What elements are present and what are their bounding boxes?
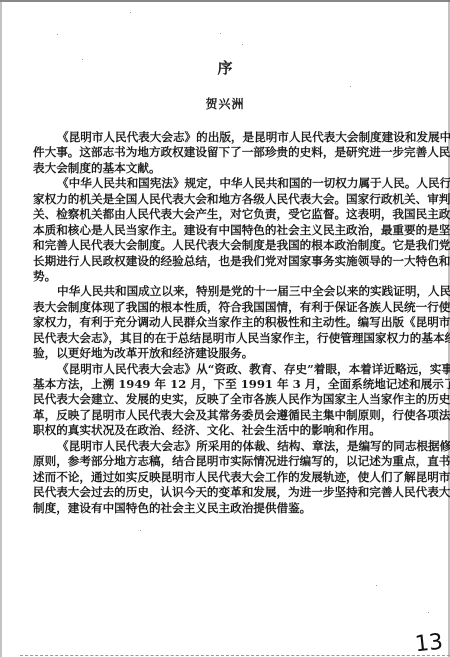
text-line: 家权力的机关是全国人民代表大会和地方各级人民代表大会。国家行政机关、审判机 xyxy=(33,192,416,207)
scan-edge-bottom xyxy=(20,655,450,656)
text-line: 长期进行人民政权建设的经验总结，也是我们党对国家事务实施领导的一大特色和优 xyxy=(33,254,416,269)
scan-speck xyxy=(428,612,429,613)
handwritten-page-number: 13 xyxy=(414,630,444,657)
text-line: 《昆明市人民代表大会志》从“资政、教育、存史”着眼，本着详近略远，实事求是的 xyxy=(33,362,416,377)
scan-speck xyxy=(376,585,377,586)
scan-speck xyxy=(130,12,131,13)
text-line: 民代表大会过去的历史，认识今天的变革和发展，为进一步坚持和完善人民代表大会 xyxy=(33,485,416,500)
text-line: 势。 xyxy=(33,269,416,284)
paragraph: 《昆明市人民代表大会志》从“资政、教育、存史”着眼，本着详近略远，实事求是的 基… xyxy=(33,362,416,439)
text-line: 原则，参考部分地方志稿，结合昆明市实际情况进行编写的，以记述为重点，直书其事， xyxy=(33,454,416,469)
text-line: 件大事。这部志书为地方政权建设留下了一部珍贵的史料，是研究进一步完善人民代 xyxy=(33,145,416,160)
text-line: 家权力，有利于充分调动人民群众当家作主的积极性和主动性。编写出版《昆明市人 xyxy=(33,315,416,330)
page-title: 序 xyxy=(0,57,450,78)
text-line: 表大会制度体现了我国的根本性质，符合我国国情，有利于保证各族人民统一行使国 xyxy=(33,300,416,315)
scan-speck xyxy=(220,33,221,34)
paragraph: 中华人民共和国成立以来，特别是党的十一届三中全会以来的实践证明，人民代 表大会制… xyxy=(33,284,416,361)
text-line: 《昆明市人民代表大会志》的出版，是昆明市人民代表大会制度建设和发展中的一 xyxy=(33,130,416,145)
document-body: 《昆明市人民代表大会志》的出版，是昆明市人民代表大会制度建设和发展中的一 件大事… xyxy=(33,130,416,516)
text-line: 本质和核心是人民当家作主。建设有中国特色的社会主义民主政治，最重要的是坚持 xyxy=(33,223,416,238)
scan-edge-top xyxy=(0,0,450,2)
text-line: 制度，建设有中国特色的社会主义民主政治提供借鉴。 xyxy=(33,501,416,516)
text-line: 关、检察机关都由人民代表大会产生，对它负责，受它监督。这表明，我国民主政治的 xyxy=(33,207,416,222)
text-line: 验，以更好地为改革开放和经济建设服务。 xyxy=(33,346,416,361)
paragraph: 《中华人民共和国宪法》规定，中华人民共和国的一切权力属于人民。人民行使国 家权力… xyxy=(33,176,416,284)
text-line: 述而不论，通过如实反映昆明市人民代表大会工作的发展轨迹，使人们了解昆明市人 xyxy=(33,470,416,485)
scan-speck xyxy=(140,530,141,531)
author-name: 贺兴洲 xyxy=(0,95,450,112)
text-line: 民代表大会建立、发展的史实，反映了全市各族人民作为国家主人当家作主的历史变 xyxy=(33,392,416,407)
scan-speck xyxy=(350,86,351,87)
text-line: 基本方法，上溯 1949 年 12 月，下至 1991 年 3 月，全面系统地记… xyxy=(33,377,416,392)
text-line: 革，反映了昆明市人民代表大会及其常务委员会遵循民主集中制原则，行使各项法定 xyxy=(33,408,416,423)
paragraph: 《昆明市人民代表大会志》所采用的体裁、结构、章法，是编写的同志根据修志理论 原则… xyxy=(33,439,416,516)
text-line: 和完善人民代表大会制度。人民代表大会制度是我国的根本政治制度。它是我们党 xyxy=(33,238,416,253)
text-line: 《中华人民共和国宪法》规定，中华人民共和国的一切权力属于人民。人民行使国 xyxy=(33,176,416,191)
scan-speck xyxy=(57,34,58,35)
text-line: 《昆明市人民代表大会志》所采用的体裁、结构、章法，是编写的同志根据修志理论 xyxy=(33,439,416,454)
text-line: 中华人民共和国成立以来，特别是党的十一届三中全会以来的实践证明，人民代 xyxy=(33,284,416,299)
text-line: 职权的真实状况及在政治、经济、文化、社会生活中的影响和作用。 xyxy=(33,423,416,438)
scan-speck xyxy=(82,59,83,60)
text-line: 民代表大会志》，其目的在于总结昆明市人民当家作主，行使管理国家权力的基本经 xyxy=(33,331,416,346)
scan-speck xyxy=(242,44,243,45)
text-line: 表大会制度的基本文献。 xyxy=(33,161,416,176)
paragraph: 《昆明市人民代表大会志》的出版，是昆明市人民代表大会制度建设和发展中的一 件大事… xyxy=(33,130,416,176)
